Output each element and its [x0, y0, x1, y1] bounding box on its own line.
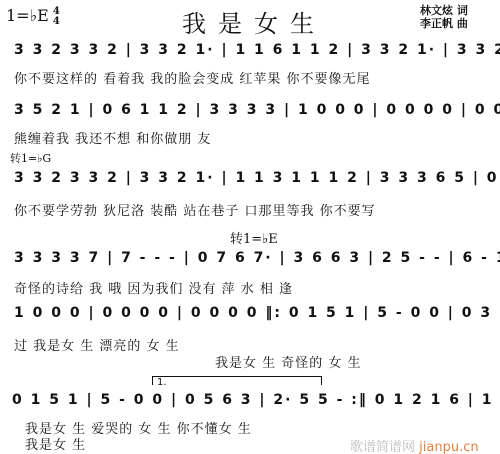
lyrics-line-5a: 过 我是女 生 漂亮的 女 生 [14, 335, 180, 354]
score-line-2: 3 5 2 1 | 0 6 1 1 2 | 3 3 3 3 | 1 0 0 0 … [14, 102, 500, 118]
volta-bracket: 1. [152, 376, 322, 385]
score-line-6: 0 1 5 1 | 5 - 0 0 | 0 5 6 3 | 2· 5 5 - :… [12, 392, 500, 408]
credits: 林文炫 词李正帆 曲 [420, 4, 468, 30]
lyrics-line-3: 你不要学劳勃 狄尼洛 装酷 站在巷子 口那里等我 你不要写 [14, 200, 376, 219]
modulation-2: 转1=♭E [230, 228, 278, 247]
lyrics-line-6b: 我是女 生 [25, 434, 86, 453]
lyrics-line-1: 你不要这样的 看着我 我的脸会变成 红苹果 你不要像无尾 [14, 68, 371, 87]
modulation-1: 转1=♭G [10, 150, 51, 166]
score-line-1: 3 3 2 3 3 2 | 3 3 2 1· | 1 1 6 1 1 2 | 3… [14, 42, 500, 58]
score-line-4: 3 3 3 3 7 | 7 - - - | 0 7 6 7· | 3 6 6 3… [14, 250, 500, 266]
lyrics-line-4: 奇怪的诗给 我 哦 因为我们 没有 萍 水 相 逢 [14, 278, 293, 297]
song-title: 我是女生 [182, 4, 326, 39]
lyrics-line-5b: 我是女 生 奇怪的 女 生 [215, 352, 362, 371]
score-line-3: 3 3 2 3 3 2 | 3 3 2 1· | 1 1 3 1 1 1 2 |… [14, 170, 500, 186]
score-line-5: 1 0 0 0 | 0 0 0 0 | 0 0 0 0 ‖: 0 1 5 1 |… [14, 305, 500, 321]
watermark: 歌谱简谱网 jianpu.cn [350, 436, 479, 454]
lyrics-line-2: 熊缠着我 我还不想 和你做朋 友 [14, 128, 211, 147]
time-signature: 44 [53, 7, 60, 27]
key-signature: 1=♭E44 [6, 6, 60, 27]
